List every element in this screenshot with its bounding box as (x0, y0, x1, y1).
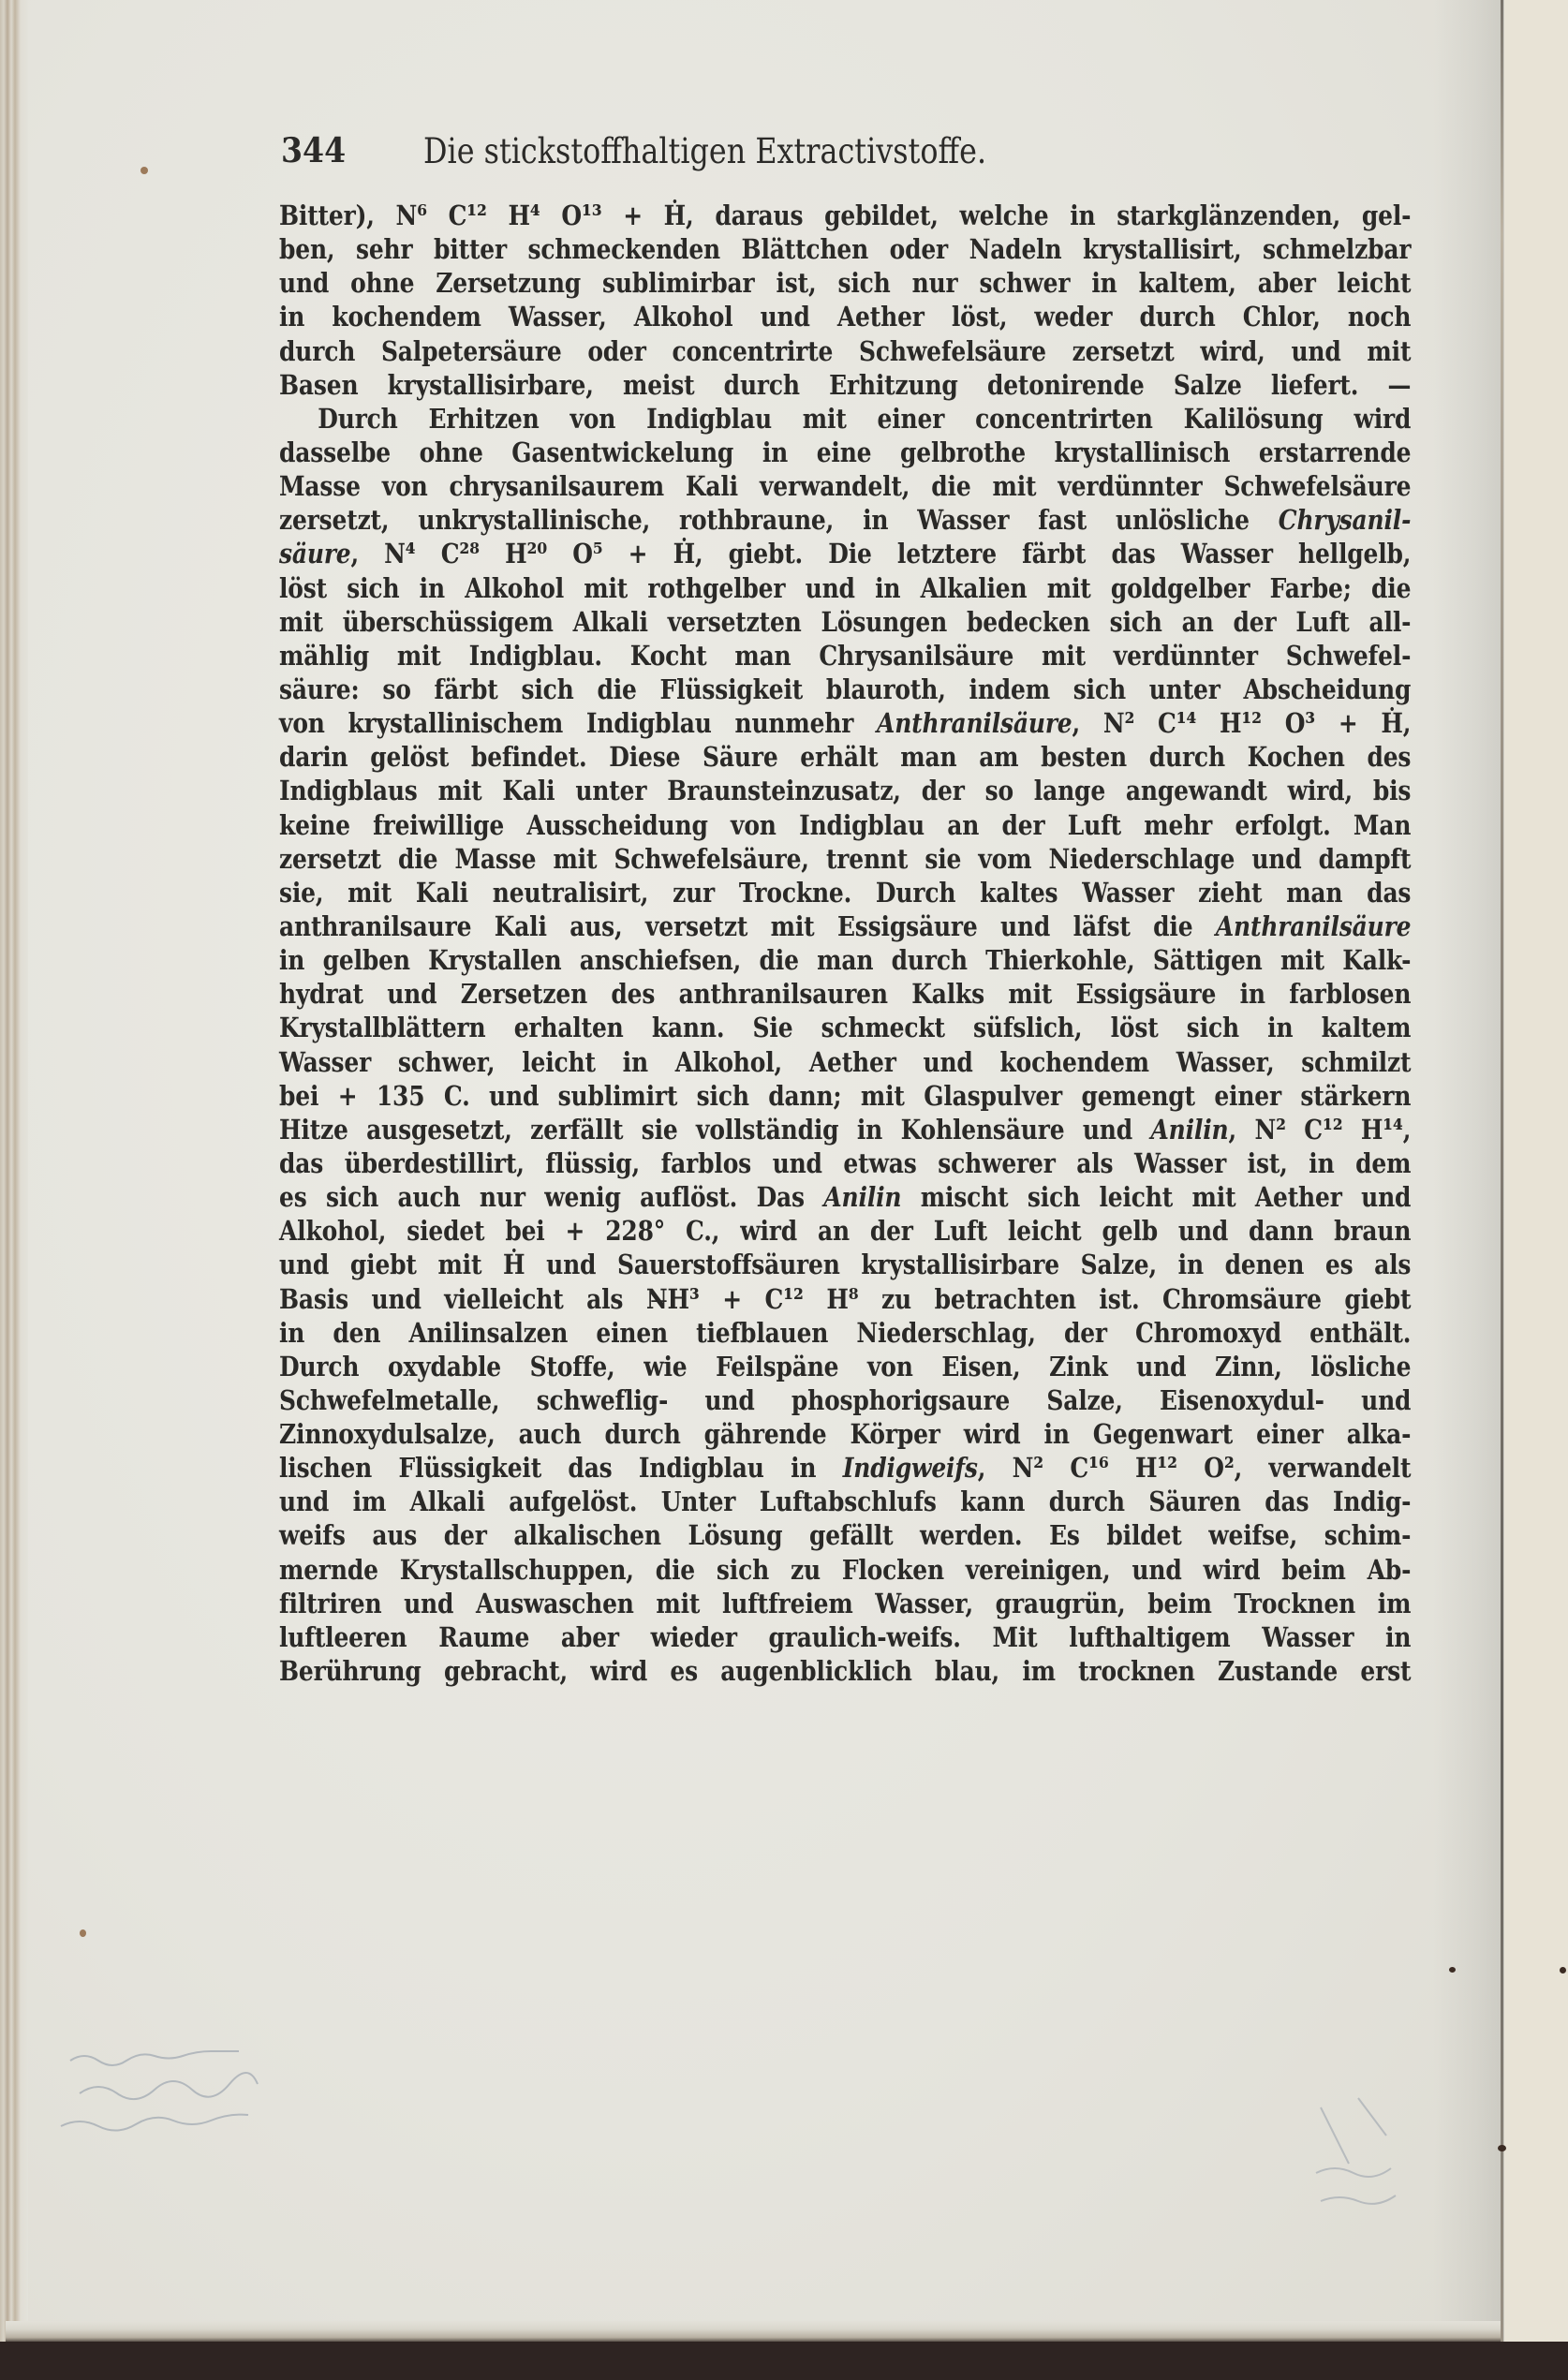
text-line: mählig mit Indigblau. Kocht man Chrysani… (279, 639, 1411, 673)
text-line: Berührung gebracht, wird es augenblickli… (279, 1654, 1411, 1688)
text-line: Wasser schwer, leicht in Alkohol, Aether… (279, 1045, 1411, 1079)
text-line: hydrat und Zersetzen des anthranilsauren… (279, 977, 1411, 1011)
text-line: anthranilsaure Kali aus, versetzt mit Es… (279, 909, 1411, 943)
paper-speck (141, 167, 148, 174)
running-title: Die stickstoffhaltigen Extractivstoffe. (423, 131, 986, 171)
text-line: dasselbe ohne Gasentwickelung in eine ge… (279, 436, 1411, 469)
text-line: mit überschüssigem Alkali versetzten Lös… (279, 605, 1411, 639)
text-line: Zinnoxydulsalze, auch durch gährende Kör… (279, 1417, 1411, 1451)
text-line: bei + 135 C. und sublimirt sich dann; mi… (279, 1079, 1411, 1113)
running-head: 344 Die stickstoffhaltigen Extractivstof… (281, 131, 1405, 178)
text-line: Basis und vielleicht als N̶H³ + C¹² H⁸ z… (279, 1282, 1411, 1316)
paper-speck (80, 1929, 86, 1937)
text-line: sie, mit Kali neutralisirt, zur Trockne.… (279, 876, 1411, 909)
text-line: lischen Flüssigkeit das Indigblau in Ind… (279, 1451, 1411, 1485)
text-line: von krystallinischem Indigblau nunmehr A… (279, 706, 1411, 740)
pencil-annotation-right (1311, 2079, 1414, 2220)
text-line: löst sich in Alkohol mit rothgelber und … (279, 571, 1411, 605)
facing-page-edge (1504, 0, 1568, 2342)
text-line: Durch oxydable Stoffe, wie Feilspäne von… (279, 1350, 1411, 1383)
text-line: luftleeren Raume aber wieder graulich-we… (279, 1620, 1411, 1654)
body-text: Bitter), N⁶ C¹² H⁴ O¹³ + Ḣ, daraus gebil… (279, 199, 1411, 1688)
scanned-page: 344 Die stickstoffhaltigen Extractivstof… (0, 0, 1568, 2353)
book-left-edge (0, 0, 28, 2353)
gutter-fold (1501, 0, 1503, 2342)
text-line: zersetzt die Masse mit Schwefelsäure, tr… (279, 842, 1411, 876)
text-line: Schwefelmetalle, schweflig- und phosphor… (279, 1383, 1411, 1417)
text-line: säure: so färbt sich die Flüssigkeit bla… (279, 673, 1411, 706)
paper-speck (1449, 1967, 1456, 1973)
pencil-annotation (52, 2023, 276, 2145)
text-line: weifs aus der alkalischen Lösung gefällt… (279, 1518, 1411, 1552)
text-line: zersetzt, unkrystallinische, rothbraune,… (279, 503, 1411, 537)
text-line: in den Anilinsalzen einen tiefblauen Nie… (279, 1316, 1411, 1350)
scan-background (0, 2342, 1568, 2380)
text-line: in gelben Krystallen anschiefsen, die ma… (279, 943, 1411, 977)
text-line: Indigblaus mit Kali unter Braunsteinzusa… (279, 774, 1411, 807)
text-line: Masse von chrysanilsaurem Kali verwandel… (279, 469, 1411, 503)
text-line: filtriren und Auswaschen mit luftfreiem … (279, 1587, 1411, 1620)
text-line: säure, N⁴ C²⁸ H²⁰ O⁵ + Ḣ, giebt. Die let… (279, 537, 1411, 570)
page-number: 344 (281, 131, 346, 170)
text-line: in kochendem Wasser, Alkohol und Aether … (279, 300, 1411, 333)
text-line: keine freiwillige Ausscheidung von Indig… (279, 808, 1411, 842)
text-line: und giebt mit Ḣ und Sauerstoffsäuren kry… (279, 1248, 1411, 1281)
text-line: Basen krystallisirbare, meist durch Erhi… (279, 368, 1411, 402)
text-line: das überdestillirt, flüssig, farblos und… (279, 1146, 1411, 1180)
paper-speck (1560, 1967, 1566, 1973)
text-line: mernde Krystallschuppen, die sich zu Flo… (279, 1553, 1411, 1587)
paper-speck (1498, 2145, 1506, 2151)
text-line: es sich auch nur wenig auflöst. Das Anil… (279, 1180, 1411, 1214)
text-line: Durch Erhitzen von Indigblau mit einer c… (279, 402, 1411, 436)
text-line: Hitze ausgesetzt, zerfällt sie vollständ… (279, 1113, 1411, 1146)
text-line: und im Alkali aufgelöst. Unter Luftabsch… (279, 1485, 1411, 1518)
text-line: Bitter), N⁶ C¹² H⁴ O¹³ + Ḣ, daraus gebil… (279, 199, 1411, 232)
text-line: durch Salpetersäure oder concentrirte Sc… (279, 334, 1411, 368)
page-bottom-edge (6, 2321, 1501, 2342)
text-line: Alkohol, siedet bei + 228° C., wird an d… (279, 1214, 1411, 1248)
text-line: darin gelöst befindet. Diese Säure erhäl… (279, 740, 1411, 774)
text-line: ben, sehr bitter schmeckenden Blättchen … (279, 232, 1411, 266)
text-line: und ohne Zersetzung sublimirbar ist, sic… (279, 266, 1411, 300)
text-line: Krystallblättern erhalten kann. Sie schm… (279, 1011, 1411, 1044)
